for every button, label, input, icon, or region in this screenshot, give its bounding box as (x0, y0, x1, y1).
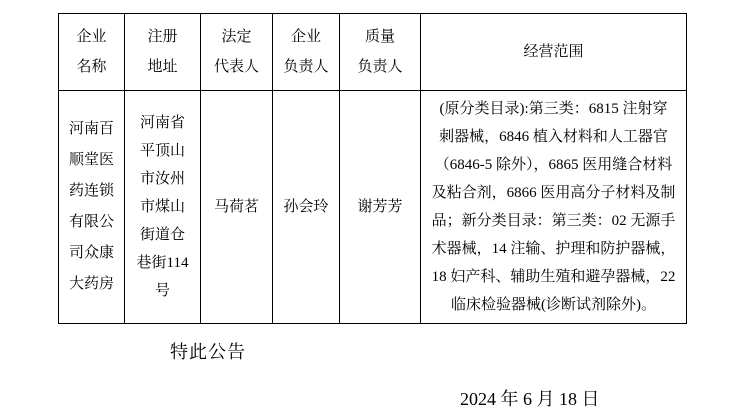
column-header-company-manager: 企业 负责人 (273, 14, 340, 91)
cell-company-manager: 孙会玲 (273, 91, 340, 324)
enterprise-info-table: 企业 名称 注册 地址 法定 代表人 企业 负责人 质量 负责人 经营范围 河南… (58, 13, 687, 324)
cell-business-scope: (原分类目录):第三类：6815 注射穿 刺器械，6846 植入材料和人工器官 … (421, 91, 687, 324)
column-header-business-scope: 经营范围 (421, 14, 687, 91)
column-header-quality-manager: 质量 负责人 (340, 14, 421, 91)
table-row: 河南百 顺堂医 药连锁 有限公 司众康 大药房 河南省 平顶山 市汝州 市煤山 … (59, 91, 687, 324)
column-header-registered-address: 注册 地址 (125, 14, 201, 91)
cell-legal-representative: 马荷茗 (201, 91, 273, 324)
announcement-date: 2024 年 6 月 18 日 (460, 385, 600, 411)
column-header-company-name: 企业 名称 (59, 14, 125, 91)
cell-registered-address: 河南省 平顶山 市汝州 市煤山 街道仓 巷街114 号 (125, 91, 201, 324)
closing-statement: 特此公告 (170, 338, 246, 364)
cell-quality-manager: 谢芳芳 (340, 91, 421, 324)
cell-company-name: 河南百 顺堂医 药连锁 有限公 司众康 大药房 (59, 91, 125, 324)
table-header-row: 企业 名称 注册 地址 法定 代表人 企业 负责人 质量 负责人 经营范围 (59, 14, 687, 91)
column-header-legal-representative: 法定 代表人 (201, 14, 273, 91)
announcement-page: 企业 名称 注册 地址 法定 代表人 企业 负责人 质量 负责人 经营范围 河南… (0, 0, 745, 419)
